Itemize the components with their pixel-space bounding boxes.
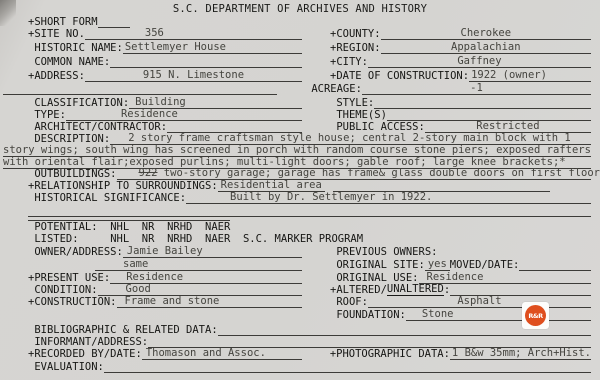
outbuildings-struck-text: 922 (139, 167, 158, 179)
archives-history-form: S.C. DEPARTMENT OF ARCHIVES AND HISTORY … (0, 0, 600, 380)
significance-label: HISTORICAL SIGNIFICANCE: (28, 192, 186, 204)
evaluation-blank (104, 372, 591, 373)
row-listed: LISTED: NHL NR NRHD NAER S.C. MARKER PRO… (28, 233, 591, 245)
bibliographic-label: BIBLIOGRAPHIC & RELATED DATA: (28, 324, 218, 336)
date-of-construction-label: +DATE OF CONSTRUCTION: (330, 70, 469, 82)
outbuildings-value: 922 two-story garage; garage has frame& … (117, 167, 591, 180)
site-no-value: 356 (85, 27, 302, 40)
row-common-city: COMMON NAME: +CITY: Gaffney (28, 56, 591, 68)
foundation-value: Stone (406, 308, 591, 321)
county-value: Cherokee (381, 27, 591, 40)
row-same-originalsite: same ORIGINAL SITE: yes MOVED/DATE: (28, 259, 591, 271)
row-evaluation: EVALUATION: (28, 361, 591, 373)
historic-name-value: Settlemyer House (123, 41, 302, 54)
original-site-value: yes (425, 258, 450, 271)
owner-label: OWNER/ADDRESS: (28, 246, 123, 258)
row-address-date: +ADDRESS: 915 N. Limestone +DATE OF CONS… (28, 70, 591, 82)
owner-value: Jamie Bailey (123, 245, 302, 258)
acreage-label: ACREAGE: (305, 83, 362, 95)
potential-line: POTENTIAL: NHL NR NRHD NAER (28, 220, 230, 233)
row-acreage: ACREAGE: -1 (28, 83, 591, 95)
row-construction-roof: +CONSTRUCTION: Frame and stone ROOF: Asp… (28, 296, 591, 308)
common-name-label: COMMON NAME: (28, 56, 110, 68)
outbuildings-value-text: two-story garage; garage has frame& glas… (157, 167, 600, 179)
owner-value2: same (95, 258, 302, 271)
watermark-text: R&R (528, 312, 542, 320)
acreage-value: -1 (362, 82, 591, 95)
address-continuation-blank (3, 94, 277, 95)
style-label: STYLE: (330, 97, 374, 109)
recorded-by-value: Thomason and Assoc. (142, 347, 302, 360)
moved-date-label: MOVED/DATE: (450, 259, 520, 271)
outbuildings-label: OUTBUILDINGS: (28, 168, 117, 180)
row-recorded-photo: +RECORDED BY/DATE: Thomason and Assoc. +… (28, 348, 591, 360)
type-value: Residence (66, 108, 302, 121)
row-potential: POTENTIAL: NHL NR NRHD NAER (28, 221, 591, 233)
row-significance: HISTORICAL SIGNIFICANCE: Built by Dr. Se… (28, 192, 591, 204)
evaluation-label: EVALUATION: (28, 361, 104, 373)
address-value: 915 N. Limestone (85, 69, 302, 82)
significance-continuation-blank (28, 216, 591, 217)
watermark-badge: R&R (522, 302, 549, 329)
construction-value: Frame and stone (117, 295, 302, 308)
foundation-label: FOUNDATION: (330, 309, 406, 321)
common-name-value (110, 67, 302, 68)
potential-label: POTENTIAL: (28, 221, 110, 233)
row-foundation: FOUNDATION: Stone (28, 309, 591, 321)
city-value: Gaffney (368, 55, 591, 68)
watermark-circle-icon: R&R (525, 305, 546, 326)
historic-name-label: HISTORIC NAME: (28, 42, 123, 54)
listed-label: LISTED: (28, 233, 110, 245)
date-of-construction-value: 1922 (owner) (469, 69, 591, 82)
region-label: +REGION: (330, 42, 381, 54)
row-significance-continuation (28, 205, 591, 217)
region-value: Appalachian (381, 41, 591, 54)
type-label: TYPE: (28, 109, 66, 121)
listed-value: NHL NR NRHD NAER S.C. MARKER PROGRAM (110, 233, 363, 245)
row-site-county: +SITE NO. 356 +COUNTY: Cherokee (28, 28, 591, 40)
significance-value: Built by Dr. Settlemyer in 1922. (186, 191, 591, 204)
row-bibliographic: BIBLIOGRAPHIC & RELATED DATA: (28, 324, 591, 336)
row-historic-region: HISTORIC NAME: Settlemyer House +REGION:… (28, 42, 591, 54)
site-no-label: +SITE NO. (28, 28, 85, 40)
roof-label: ROOF: (330, 296, 368, 308)
photographic-data-value: 1 B&w 35mm; Arch+Hist. (450, 347, 591, 360)
original-site-label: ORIGINAL SITE: (330, 259, 425, 271)
previous-owners-label: PREVIOUS OWNERS: (330, 246, 437, 258)
county-label: +COUNTY: (330, 28, 381, 40)
roof-value: Asphalt (368, 295, 591, 308)
address-label: +ADDRESS: (28, 70, 85, 82)
construction-label: +CONSTRUCTION: (28, 296, 117, 308)
row-owner-previous: OWNER/ADDRESS: Jamie Bailey PREVIOUS OWN… (28, 246, 591, 258)
photographic-data-label: +PHOTOGRAPHIC DATA: (330, 348, 450, 360)
recorded-by-label: +RECORDED BY/DATE: (28, 348, 142, 360)
potential-value: NHL NR NRHD NAER (110, 221, 230, 233)
form-title: S.C. DEPARTMENT OF ARCHIVES AND HISTORY (0, 3, 600, 15)
city-label: +CITY: (330, 56, 368, 68)
